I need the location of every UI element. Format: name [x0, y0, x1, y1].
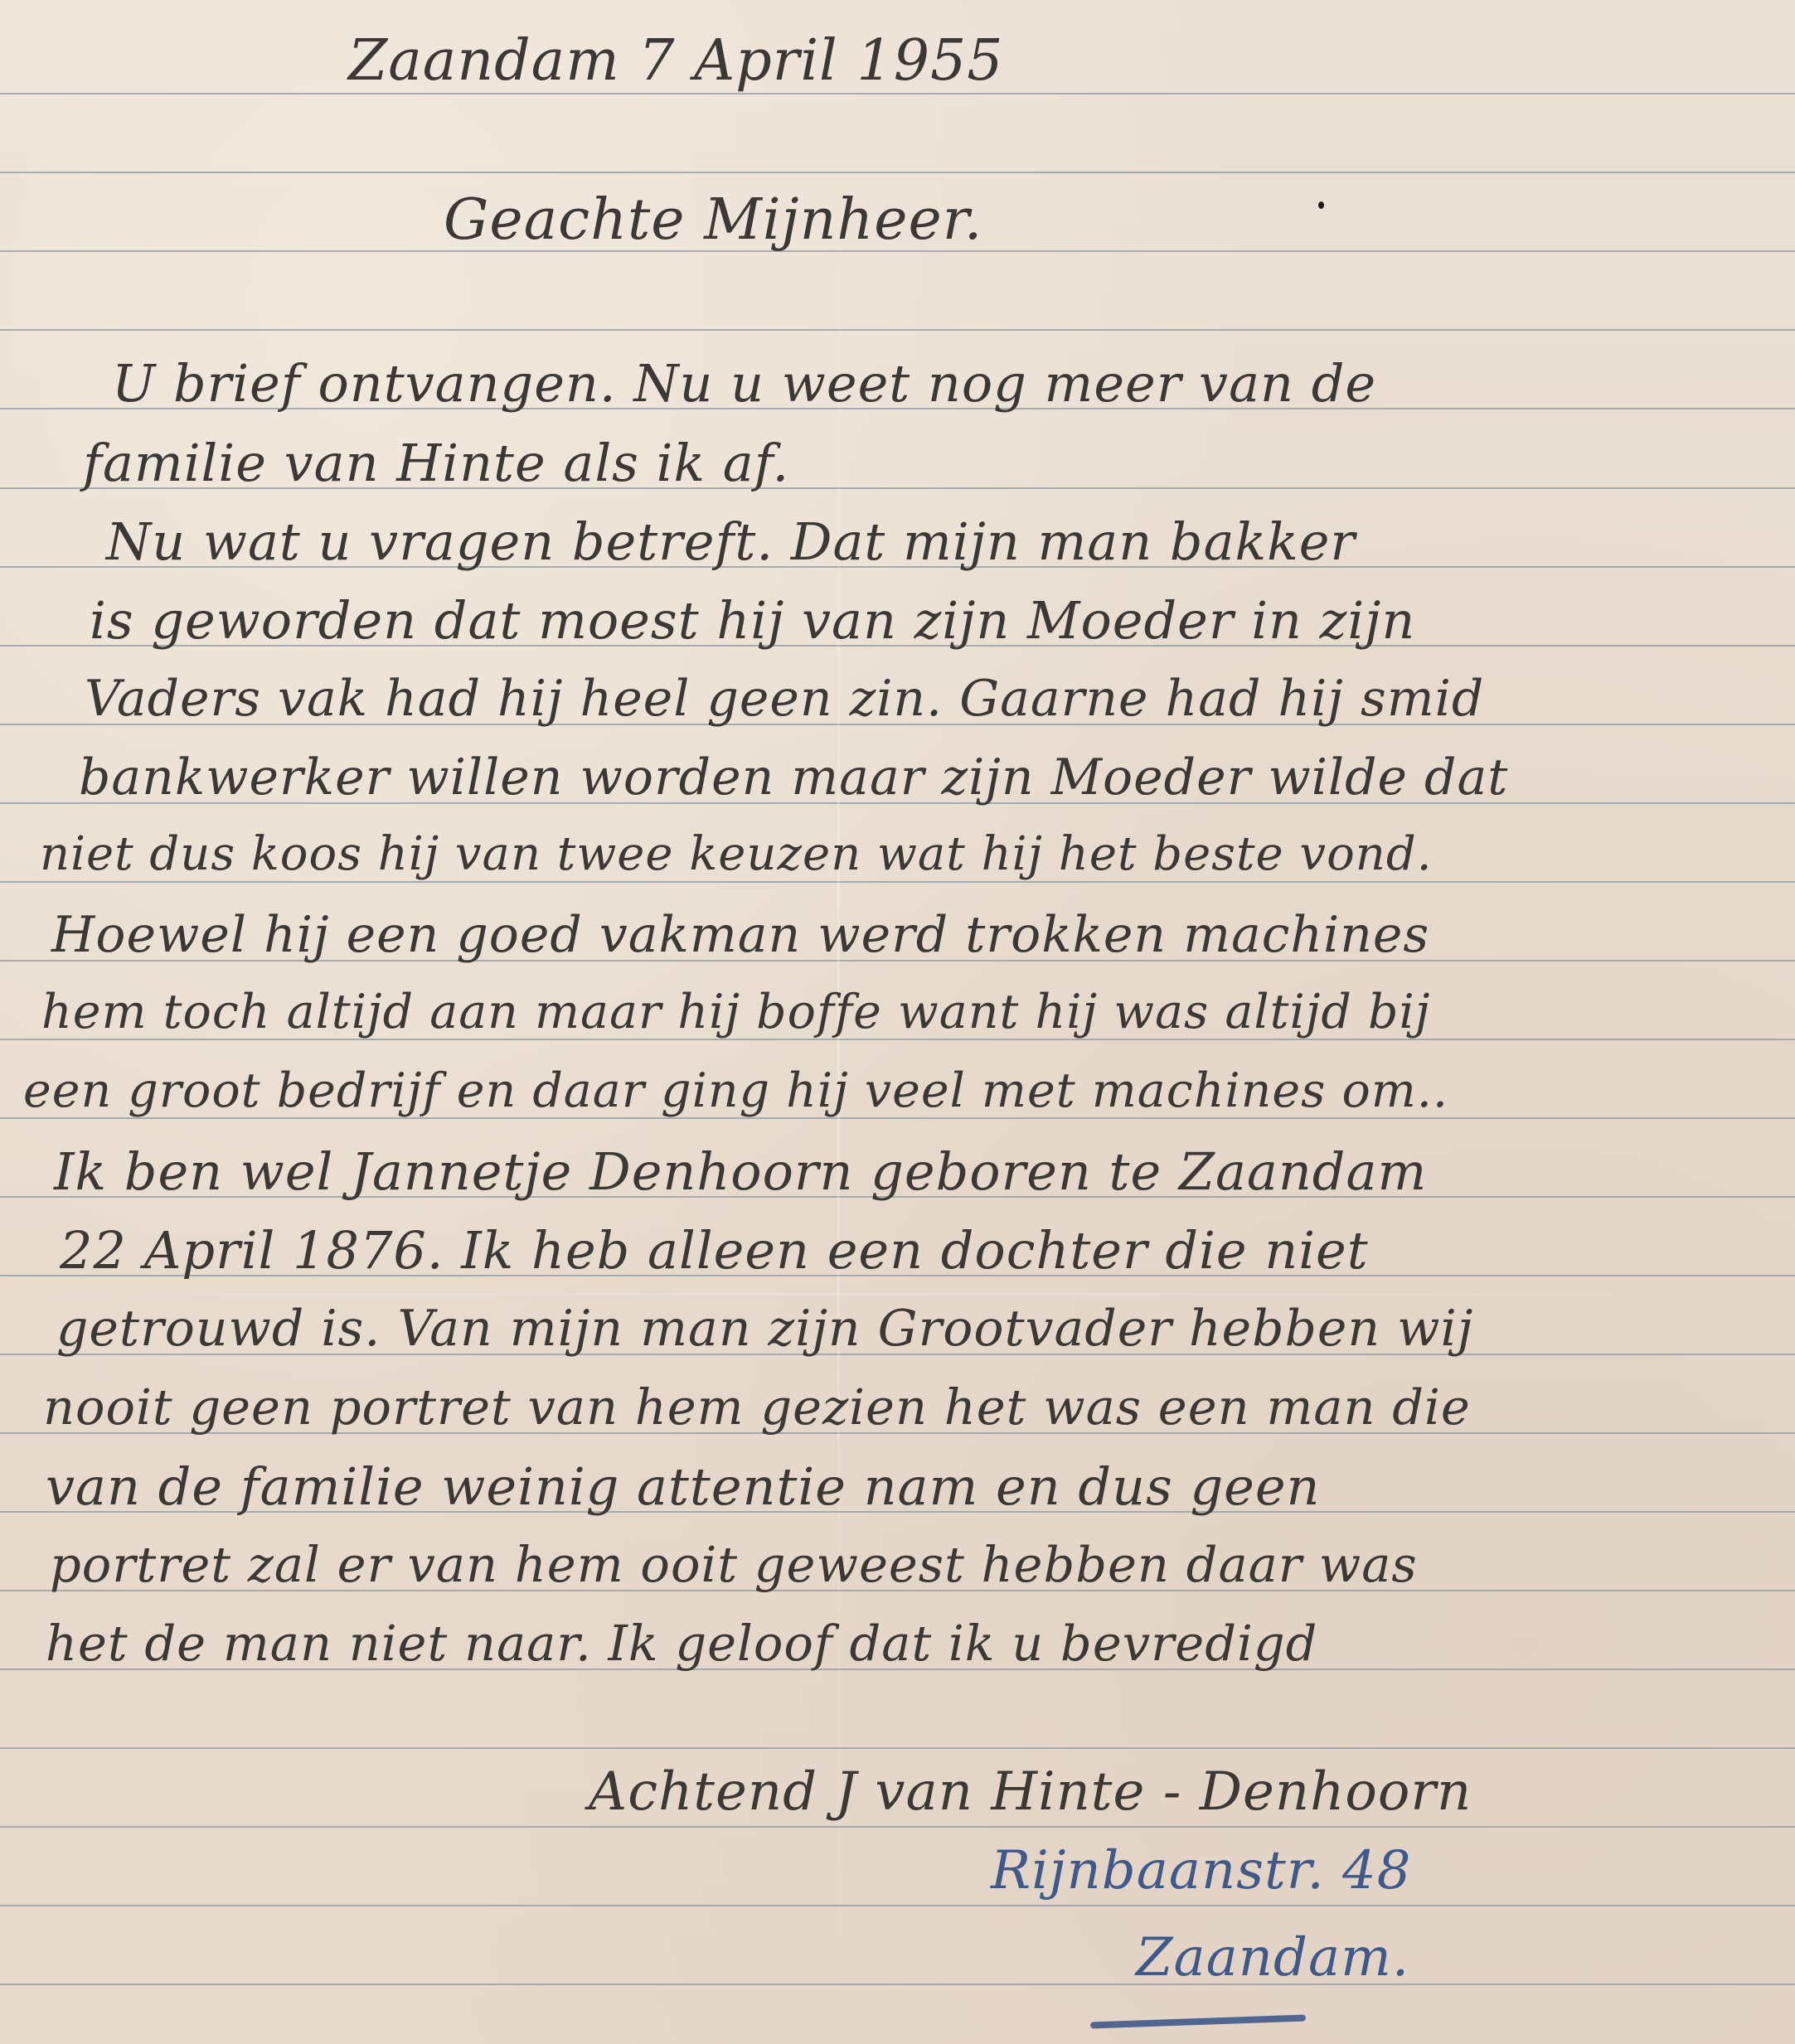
body-line: Ik ben wel Jannetje Denhoorn geboren te …: [54, 1146, 1427, 1198]
body-line: U brief ontvangen. Nu u weet nog meer va…: [112, 358, 1376, 409]
body-line: bankwerker willen worden maar zijn Moede…: [79, 753, 1508, 802]
address-street: Rijnbaanstr. 48: [991, 1844, 1411, 1897]
salutation: Geachte Mijnheer.: [444, 192, 982, 249]
signature: Achtend J van Hinte - Denhoorn: [589, 1765, 1472, 1819]
letter-page: Zaandam 7 April 1955 Geachte Mijnheer. U…: [0, 0, 1795, 2044]
body-line: portret zal er van hem ooit geweest hebb…: [50, 1540, 1418, 1589]
body-line: is geworden dat moest hij van zijn Moede…: [90, 595, 1415, 647]
place-date: Zaandam 7 April 1955: [348, 33, 1003, 90]
body-line: Hoewel hij een goed vakman werd trokken …: [51, 910, 1429, 960]
ruled-line: [0, 1826, 1795, 1828]
body-line: 22 April 1876. Ik heb alleen een dochter…: [60, 1225, 1369, 1276]
paper-crease-horizontal: [0, 1293, 1795, 1296]
ruled-line: [0, 1747, 1795, 1749]
ruled-line: [0, 1983, 1795, 1985]
body-line: nooit geen portret van hem gezien het wa…: [43, 1383, 1471, 1431]
address-underline: [1090, 2014, 1306, 2028]
body-line: het de man niet naar. Ik geloof dat ik u…: [46, 1619, 1317, 1668]
body-line: Vaders vak had hij heel geen zin. Gaarne…: [85, 674, 1484, 724]
address-city: Zaandam.: [1136, 1931, 1409, 1984]
body-line: niet dus koos hij van twee keuzen wat hi…: [40, 831, 1433, 878]
body-line: van de familie weinig attentie nam en du…: [46, 1461, 1320, 1513]
ruled-line: [0, 881, 1795, 883]
body-line: getrouwd is. Van mijn man zijn Grootvade…: [56, 1304, 1473, 1354]
body-line: Nu wat u vragen betreft. Dat mijn man ba…: [106, 516, 1356, 568]
ruled-line: [0, 172, 1795, 173]
body-line: familie van Hinte als ik af.: [83, 438, 789, 489]
ruled-line: [0, 1905, 1795, 1906]
ink-dot: [1318, 201, 1324, 209]
body-line: hem toch altijd aan maar hij boffe want …: [41, 989, 1430, 1036]
body-line: een groot bedrijf en daar ging hij veel …: [23, 1068, 1448, 1115]
ruled-line: [0, 329, 1795, 331]
